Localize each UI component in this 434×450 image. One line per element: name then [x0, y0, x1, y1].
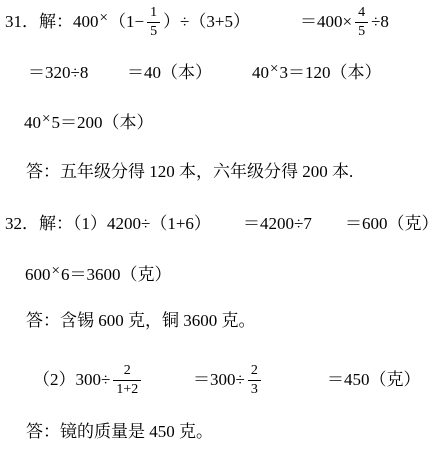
p31-paren-open: （1− [109, 11, 144, 33]
p32-part2-step1-pre: ＝300÷ [193, 369, 245, 391]
p32-part2-step2-text: ＝450（克） [327, 369, 421, 391]
p32-part1-expr-text: 32．解：（1）4200÷（1+6） [5, 213, 211, 235]
p32-part2-step1: ＝300÷23 [193, 358, 264, 402]
p31-step1-post: ÷8 [371, 11, 389, 33]
fraction-two-thirds: 23 [248, 363, 261, 398]
p31-calc1: 40×3＝120（本） [252, 62, 381, 84]
p32-part1-step1: ＝4200÷7 [243, 213, 312, 235]
p31-step1-pre: ＝400× [300, 11, 352, 33]
p31-step2: ＝320÷8 [28, 62, 88, 84]
p31-answer: 答：五年级分得 120 本，六年级分得 200 本. [26, 161, 353, 183]
p31-calc2: 40×5＝200（本） [24, 112, 153, 134]
p32-answer2-text: 答：镜的质量是 450 克。 [26, 421, 213, 443]
p32-calc-b: 6＝3600（克） [61, 264, 172, 286]
fraction-two-over-one-plus-two: 21+2 [113, 363, 141, 398]
p32-part1-expression: 32．解：（1）4200÷（1+6） [5, 213, 211, 235]
p31-calc2-b: 5＝200（本） [51, 112, 153, 134]
fraction-denominator: 5 [147, 23, 160, 40]
p31-step3-text: ＝40（本） [127, 62, 212, 84]
p32-part1-step2: ＝600（克） [345, 213, 434, 235]
p32-part2-step2: ＝450（克） [327, 358, 421, 402]
p31-calc2-a: 40 [24, 112, 41, 134]
p31-label-and-number: 31．解：400 [5, 11, 99, 33]
p32-part1-step1-text: ＝4200÷7 [243, 213, 312, 235]
multiply-sign: × [269, 58, 279, 80]
p31-answer-text: 答：五年级分得 120 本，六年级分得 200 本. [26, 161, 353, 183]
fraction-denominator: 1+2 [113, 381, 141, 398]
p31-step1: ＝400×45÷8 [300, 4, 389, 40]
multiply-sign: × [41, 108, 51, 130]
fraction-numerator: 4 [355, 5, 368, 23]
p31-paren-close: ）÷（3+5） [163, 11, 250, 33]
p32-part1-step2-text: ＝600（克） [345, 213, 434, 235]
fraction-one-fifth: 15 [147, 5, 160, 40]
multiply-sign: × [51, 260, 61, 282]
fraction-four-fifths: 45 [355, 5, 368, 40]
p32-answer1-text: 答：含锡 600 克，铜 3600 克。 [26, 310, 256, 332]
p31-step2-text: ＝320÷8 [28, 62, 88, 84]
worksheet-page: 31．解：400×（1−15）÷（3+5） ＝400×45÷8 ＝320÷8 ＝… [0, 0, 434, 450]
p32-answer1: 答：含锡 600 克，铜 3600 克。 [26, 310, 256, 332]
fraction-denominator: 3 [248, 381, 261, 398]
multiply-sign: × [99, 7, 109, 29]
p31-expression: 31．解：400×（1−15）÷（3+5） [5, 4, 250, 40]
p32-answer2: 答：镜的质量是 450 克。 [26, 421, 213, 443]
p32-calc-a: 600 [25, 264, 51, 286]
p31-step3: ＝40（本） [127, 62, 212, 84]
p31-calc1-b: 3＝120（本） [279, 62, 381, 84]
p31-calc1-a: 40 [252, 62, 269, 84]
fraction-denominator: 5 [355, 23, 368, 40]
fraction-numerator: 2 [113, 363, 141, 381]
p32-part2-pre: （2）300÷ [33, 369, 110, 391]
p32-calc: 600×6＝3600（克） [25, 264, 171, 286]
fraction-numerator: 1 [147, 5, 160, 23]
fraction-numerator: 2 [248, 363, 261, 381]
p32-part2-expression: （2）300÷21+2 [33, 358, 144, 402]
